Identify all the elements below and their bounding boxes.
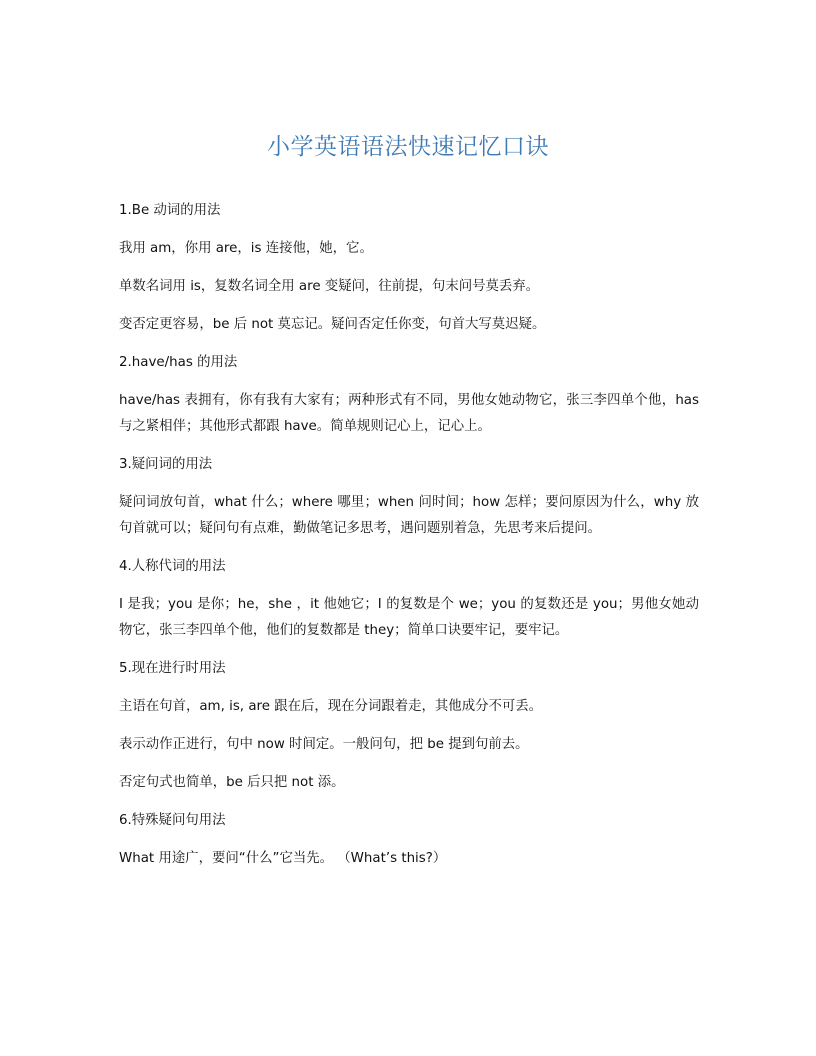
paragraph: 主语在句首，am, is, are 跟在后，现在分词跟着走，其他成分不可丢。 <box>119 694 699 720</box>
section-heading: 4.人称代词的用法 <box>119 554 699 580</box>
section-heading: 1.Be 动词的用法 <box>119 198 699 224</box>
paragraph: I 是我；you 是你；he，she ，it 他她它；I 的复数是个 we；yo… <box>119 592 699 644</box>
document-page: 小学英语语法快速记忆口诀 1.Be 动词的用法 我用 am，你用 are，is … <box>0 0 816 1056</box>
paragraph: 我用 am，你用 are，is 连接他，她，它。 <box>119 236 699 262</box>
section-special-questions: 6.特殊疑问句用法 What 用途广，要问“什么”它当先。 （What’s th… <box>119 808 699 872</box>
paragraph: 单数名词用 is，复数名词全用 are 变疑问，往前提，句末问号莫丢弃。 <box>119 274 699 300</box>
paragraph: 变否定更容易，be 后 not 莫忘记。疑问否定任你变，句首大写莫迟疑。 <box>119 312 699 338</box>
section-be-verb: 1.Be 动词的用法 我用 am，你用 are，is 连接他，她，它。 单数名词… <box>119 198 699 338</box>
paragraph: 疑问词放句首，what 什么；where 哪里；when 问时间；how 怎样；… <box>119 490 699 542</box>
section-heading: 3.疑问词的用法 <box>119 452 699 478</box>
paragraph: 否定句式也简单，be 后只把 not 添。 <box>119 770 699 796</box>
section-question-words: 3.疑问词的用法 疑问词放句首，what 什么；where 哪里；when 问时… <box>119 452 699 542</box>
document-body: 1.Be 动词的用法 我用 am，你用 are，is 连接他，她，它。 单数名词… <box>119 198 699 884</box>
document-title: 小学英语语法快速记忆口诀 <box>0 128 816 161</box>
section-personal-pronouns: 4.人称代词的用法 I 是我；you 是你；he，she ，it 他她它；I 的… <box>119 554 699 644</box>
paragraph: What 用途广，要问“什么”它当先。 （What’s this?） <box>119 846 699 872</box>
section-have-has: 2.have/has 的用法 have/has 表拥有，你有我有大家有；两种形式… <box>119 350 699 440</box>
section-heading: 5.现在进行时用法 <box>119 656 699 682</box>
paragraph: have/has 表拥有，你有我有大家有；两种形式有不同，男他女她动物它，张三李… <box>119 388 699 440</box>
section-heading: 6.特殊疑问句用法 <box>119 808 699 834</box>
section-present-continuous: 5.现在进行时用法 主语在句首，am, is, are 跟在后，现在分词跟着走，… <box>119 656 699 796</box>
paragraph: 表示动作正进行，句中 now 时间定。一般问句，把 be 提到句前去。 <box>119 732 699 758</box>
section-heading: 2.have/has 的用法 <box>119 350 699 376</box>
